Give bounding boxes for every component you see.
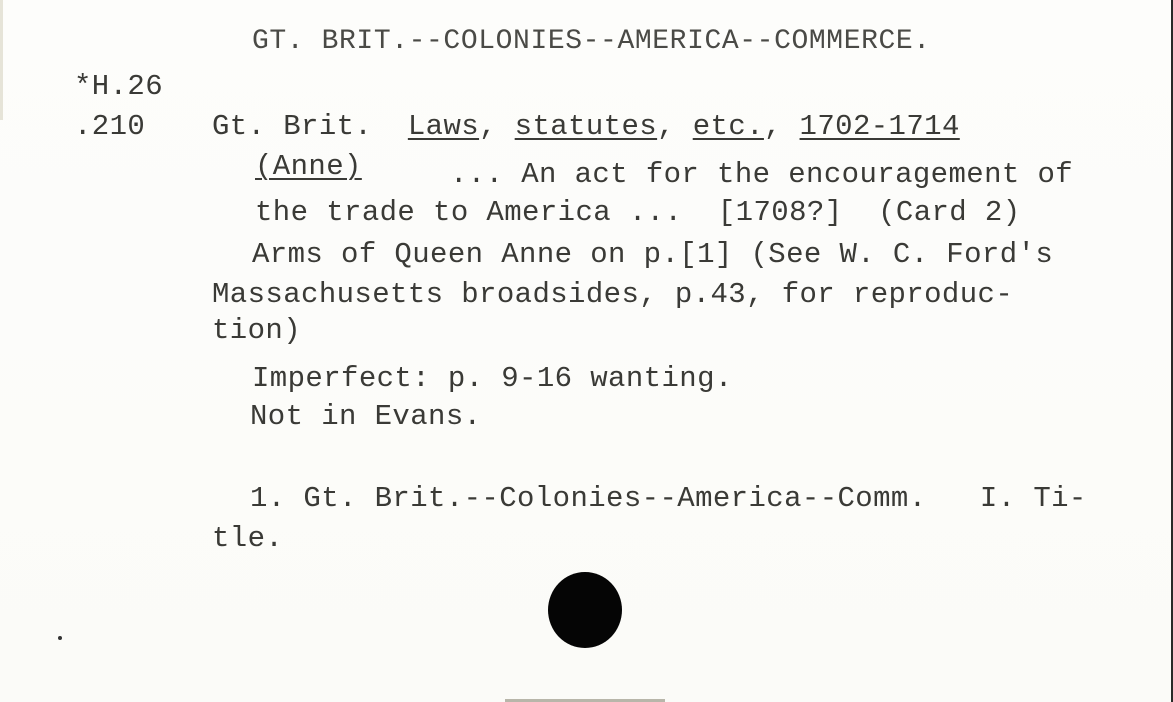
uniform-title-dates: 1702-1714 [800,110,960,143]
call-number-line-1: *H.26 [74,72,163,101]
card-punch-hole [548,572,622,648]
uniform-title-laws: Laws [408,110,479,143]
main-entry-author: Gt. Brit. [212,110,372,143]
uniform-title-statutes: statutes [515,110,657,143]
reign-text: (Anne) [255,150,362,183]
note-line-1: Arms of Queen Anne on p.[1] (See W. C. F… [252,240,1053,269]
note-not-in-evans: Not in Evans. [250,402,481,431]
ink-speck [58,636,62,640]
call-number-line-2: .210 [74,112,145,141]
tracing-line-1: 1. Gt. Brit.--Colonies--America--Comm. I… [250,484,1087,513]
card-left-edge [0,0,3,120]
note-line-3: tion) [212,316,301,345]
tracing-line-2: tle. [212,524,283,553]
uniform-title-etc: etc. [693,110,764,143]
note-line-2: Massachusetts broadsides, p.43, for repr… [212,280,1013,309]
separator: , [657,110,693,143]
note-imperfect: Imperfect: p. 9-16 wanting. [252,364,733,393]
main-entry: Gt. Brit. Laws, statutes, etc., 1702-171… [212,112,960,141]
separator: , [764,110,800,143]
reign: (Anne) [255,152,362,181]
title-line-2: the trade to America ... [1708?] (Card 2… [255,198,1021,227]
title-line-1: ... An act for the encouragement of [450,160,1073,189]
catalog-card: GT. BRIT.--COLONIES--AMERICA--COMMERCE. … [0,0,1173,702]
separator: , [479,110,515,143]
subject-heading: GT. BRIT.--COLONIES--AMERICA--COMMERCE. [252,28,931,56]
